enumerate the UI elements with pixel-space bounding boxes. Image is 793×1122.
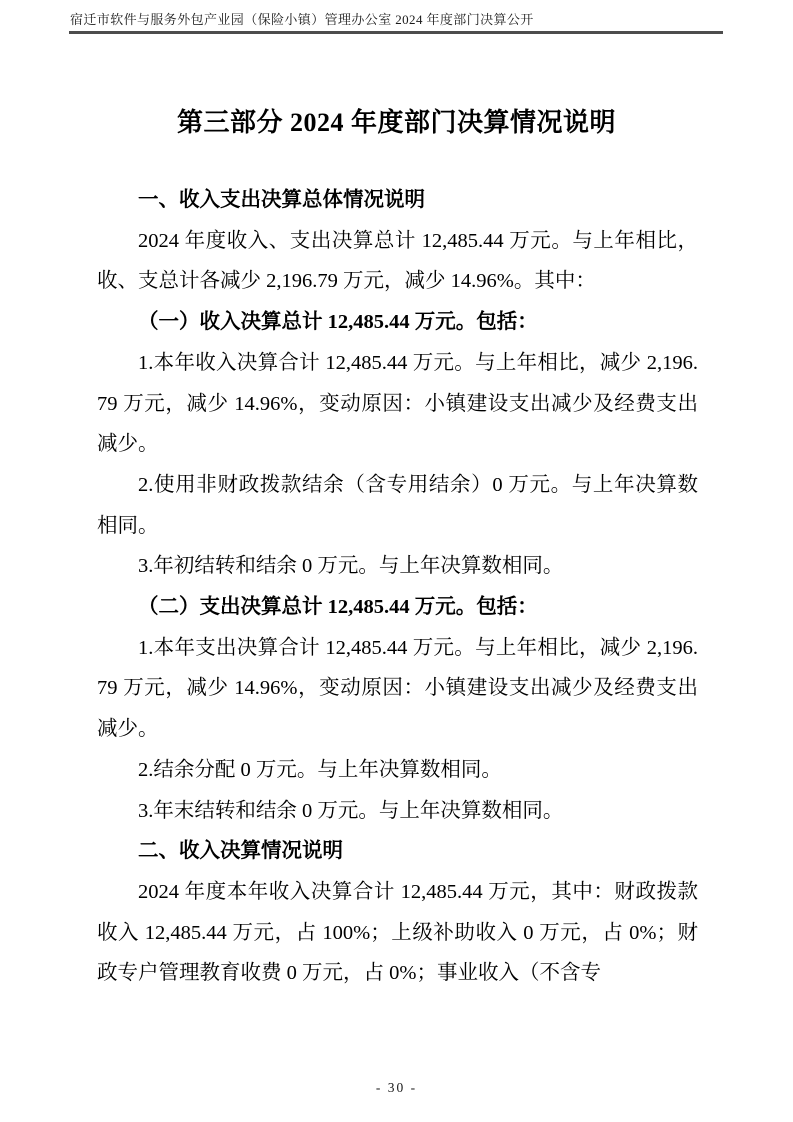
paragraph: 2024 年度本年收入决算合计 12,485.44 万元，其中：财政拨款收入 1… <box>97 872 698 994</box>
page-header-text: 宿迁市软件与服务外包产业园（保险小镇）管理办公室 2024 年度部门决算公开 <box>70 12 534 28</box>
paragraph: 3.年初结转和结余 0 万元。与上年决算数相同。 <box>97 546 698 587</box>
page-number: - 30 - <box>376 1080 417 1095</box>
paragraph: 2.使用非财政拨款结余（含专用结余）0 万元。与上年决算数相同。 <box>97 465 698 546</box>
document-page: 宿迁市软件与服务外包产业园（保险小镇）管理办公室 2024 年度部门决算公开 第… <box>0 0 793 1122</box>
paragraph: 2024 年度收入、支出决算总计 12,485.44 万元。与上年相比，收、支总… <box>97 221 698 302</box>
section-heading: 一、收入支出决算总体情况说明 <box>97 180 698 221</box>
paragraph: 1.本年支出决算合计 12,485.44 万元。与上年相比，减少 2,196.7… <box>97 628 698 750</box>
document-title: 第三部分 2024 年度部门决算情况说明 <box>0 102 793 139</box>
document-body: 一、收入支出决算总体情况说明2024 年度收入、支出决算总计 12,485.44… <box>97 180 698 994</box>
paragraph: 1.本年收入决算合计 12,485.44 万元。与上年相比，减少 2,196.7… <box>97 343 698 465</box>
paragraph: 2.结余分配 0 万元。与上年决算数相同。 <box>97 750 698 791</box>
paragraph: 3.年末结转和结余 0 万元。与上年决算数相同。 <box>97 791 698 832</box>
section-heading: （一）收入决算总计 12,485.44 万元。包括： <box>97 302 698 343</box>
header-rule <box>69 31 723 34</box>
section-heading: 二、收入决算情况说明 <box>97 831 698 872</box>
section-heading: （二）支出决算总计 12,485.44 万元。包括： <box>97 587 698 628</box>
page-footer: - 30 - <box>0 1080 793 1096</box>
